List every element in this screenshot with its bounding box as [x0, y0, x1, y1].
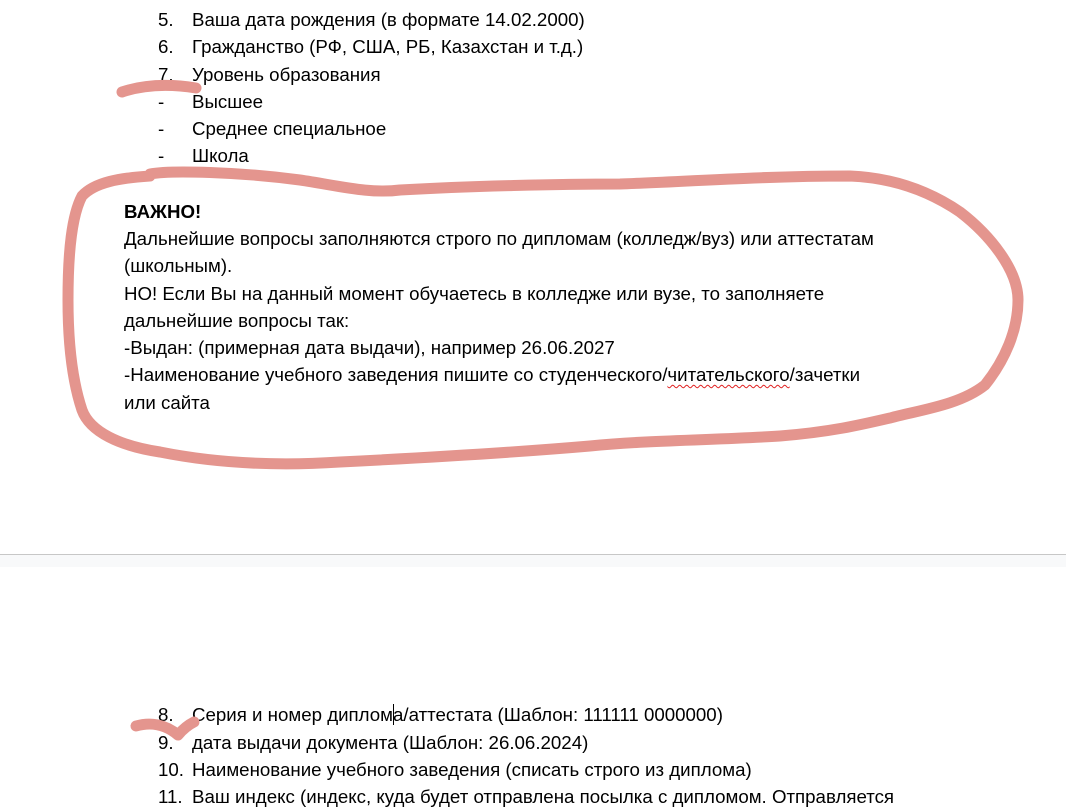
- list-number: 6.: [158, 33, 174, 60]
- document-page-2[interactable]: 8. Серия и номер диплома/аттестата (Шабл…: [0, 567, 1066, 810]
- note-line: -Выдан: (примерная дата выдачи), наприме…: [124, 334, 615, 361]
- list-text: Ваша дата рождения (в формате 14.02.2000…: [192, 6, 585, 33]
- list-number: 5.: [158, 6, 174, 33]
- list-text: Серия и номер диплома/аттестата (Шаблон:…: [192, 701, 723, 728]
- dash-bullet: -: [158, 142, 164, 169]
- note-line: -Наименование учебного заведения пишите …: [124, 361, 860, 388]
- misspelled-word[interactable]: читательского: [667, 364, 789, 385]
- dash-bullet: -: [158, 88, 164, 115]
- bullet-text: Школа: [192, 142, 249, 169]
- note-line: или сайта: [124, 389, 210, 416]
- list-text: Ваш индекс (индекс, куда будет отправлен…: [192, 783, 894, 810]
- note-text: /зачетки: [790, 364, 860, 385]
- important-heading: ВАЖНО!: [124, 198, 201, 225]
- list-text: Уровень образования: [192, 61, 381, 88]
- note-line: дальнейшие вопросы так:: [124, 307, 349, 334]
- text-after-cursor: а/аттестата (Шаблон: 111111 0000000): [393, 704, 723, 725]
- list-number: 9.: [158, 729, 174, 756]
- note-line: НО! Если Вы на данный момент обучаетесь …: [124, 280, 824, 307]
- note-line: Дальнейшие вопросы заполняются строго по…: [124, 225, 874, 252]
- bullet-text: Среднее специальное: [192, 115, 386, 142]
- list-text: дата выдачи документа (Шаблон: 26.06.202…: [192, 729, 588, 756]
- page-separator: [0, 554, 1066, 568]
- bullet-text: Высшее: [192, 88, 263, 115]
- list-number: 7.: [158, 61, 174, 88]
- list-text: Наименование учебного заведения (списать…: [192, 756, 752, 783]
- note-text: -Наименование учебного заведения пишите …: [124, 364, 667, 385]
- dash-bullet: -: [158, 115, 164, 142]
- list-text: Гражданство (РФ, США, РБ, Казахстан и т.…: [192, 33, 583, 60]
- list-number: 10.: [158, 756, 184, 783]
- note-line: (школьным).: [124, 252, 232, 279]
- list-number: 11.: [158, 783, 183, 810]
- list-number: 8.: [158, 701, 174, 728]
- document-page-1[interactable]: 5. Ваша дата рождения (в формате 14.02.2…: [0, 0, 1066, 554]
- text-before-cursor: Серия и номер диплом: [192, 704, 393, 725]
